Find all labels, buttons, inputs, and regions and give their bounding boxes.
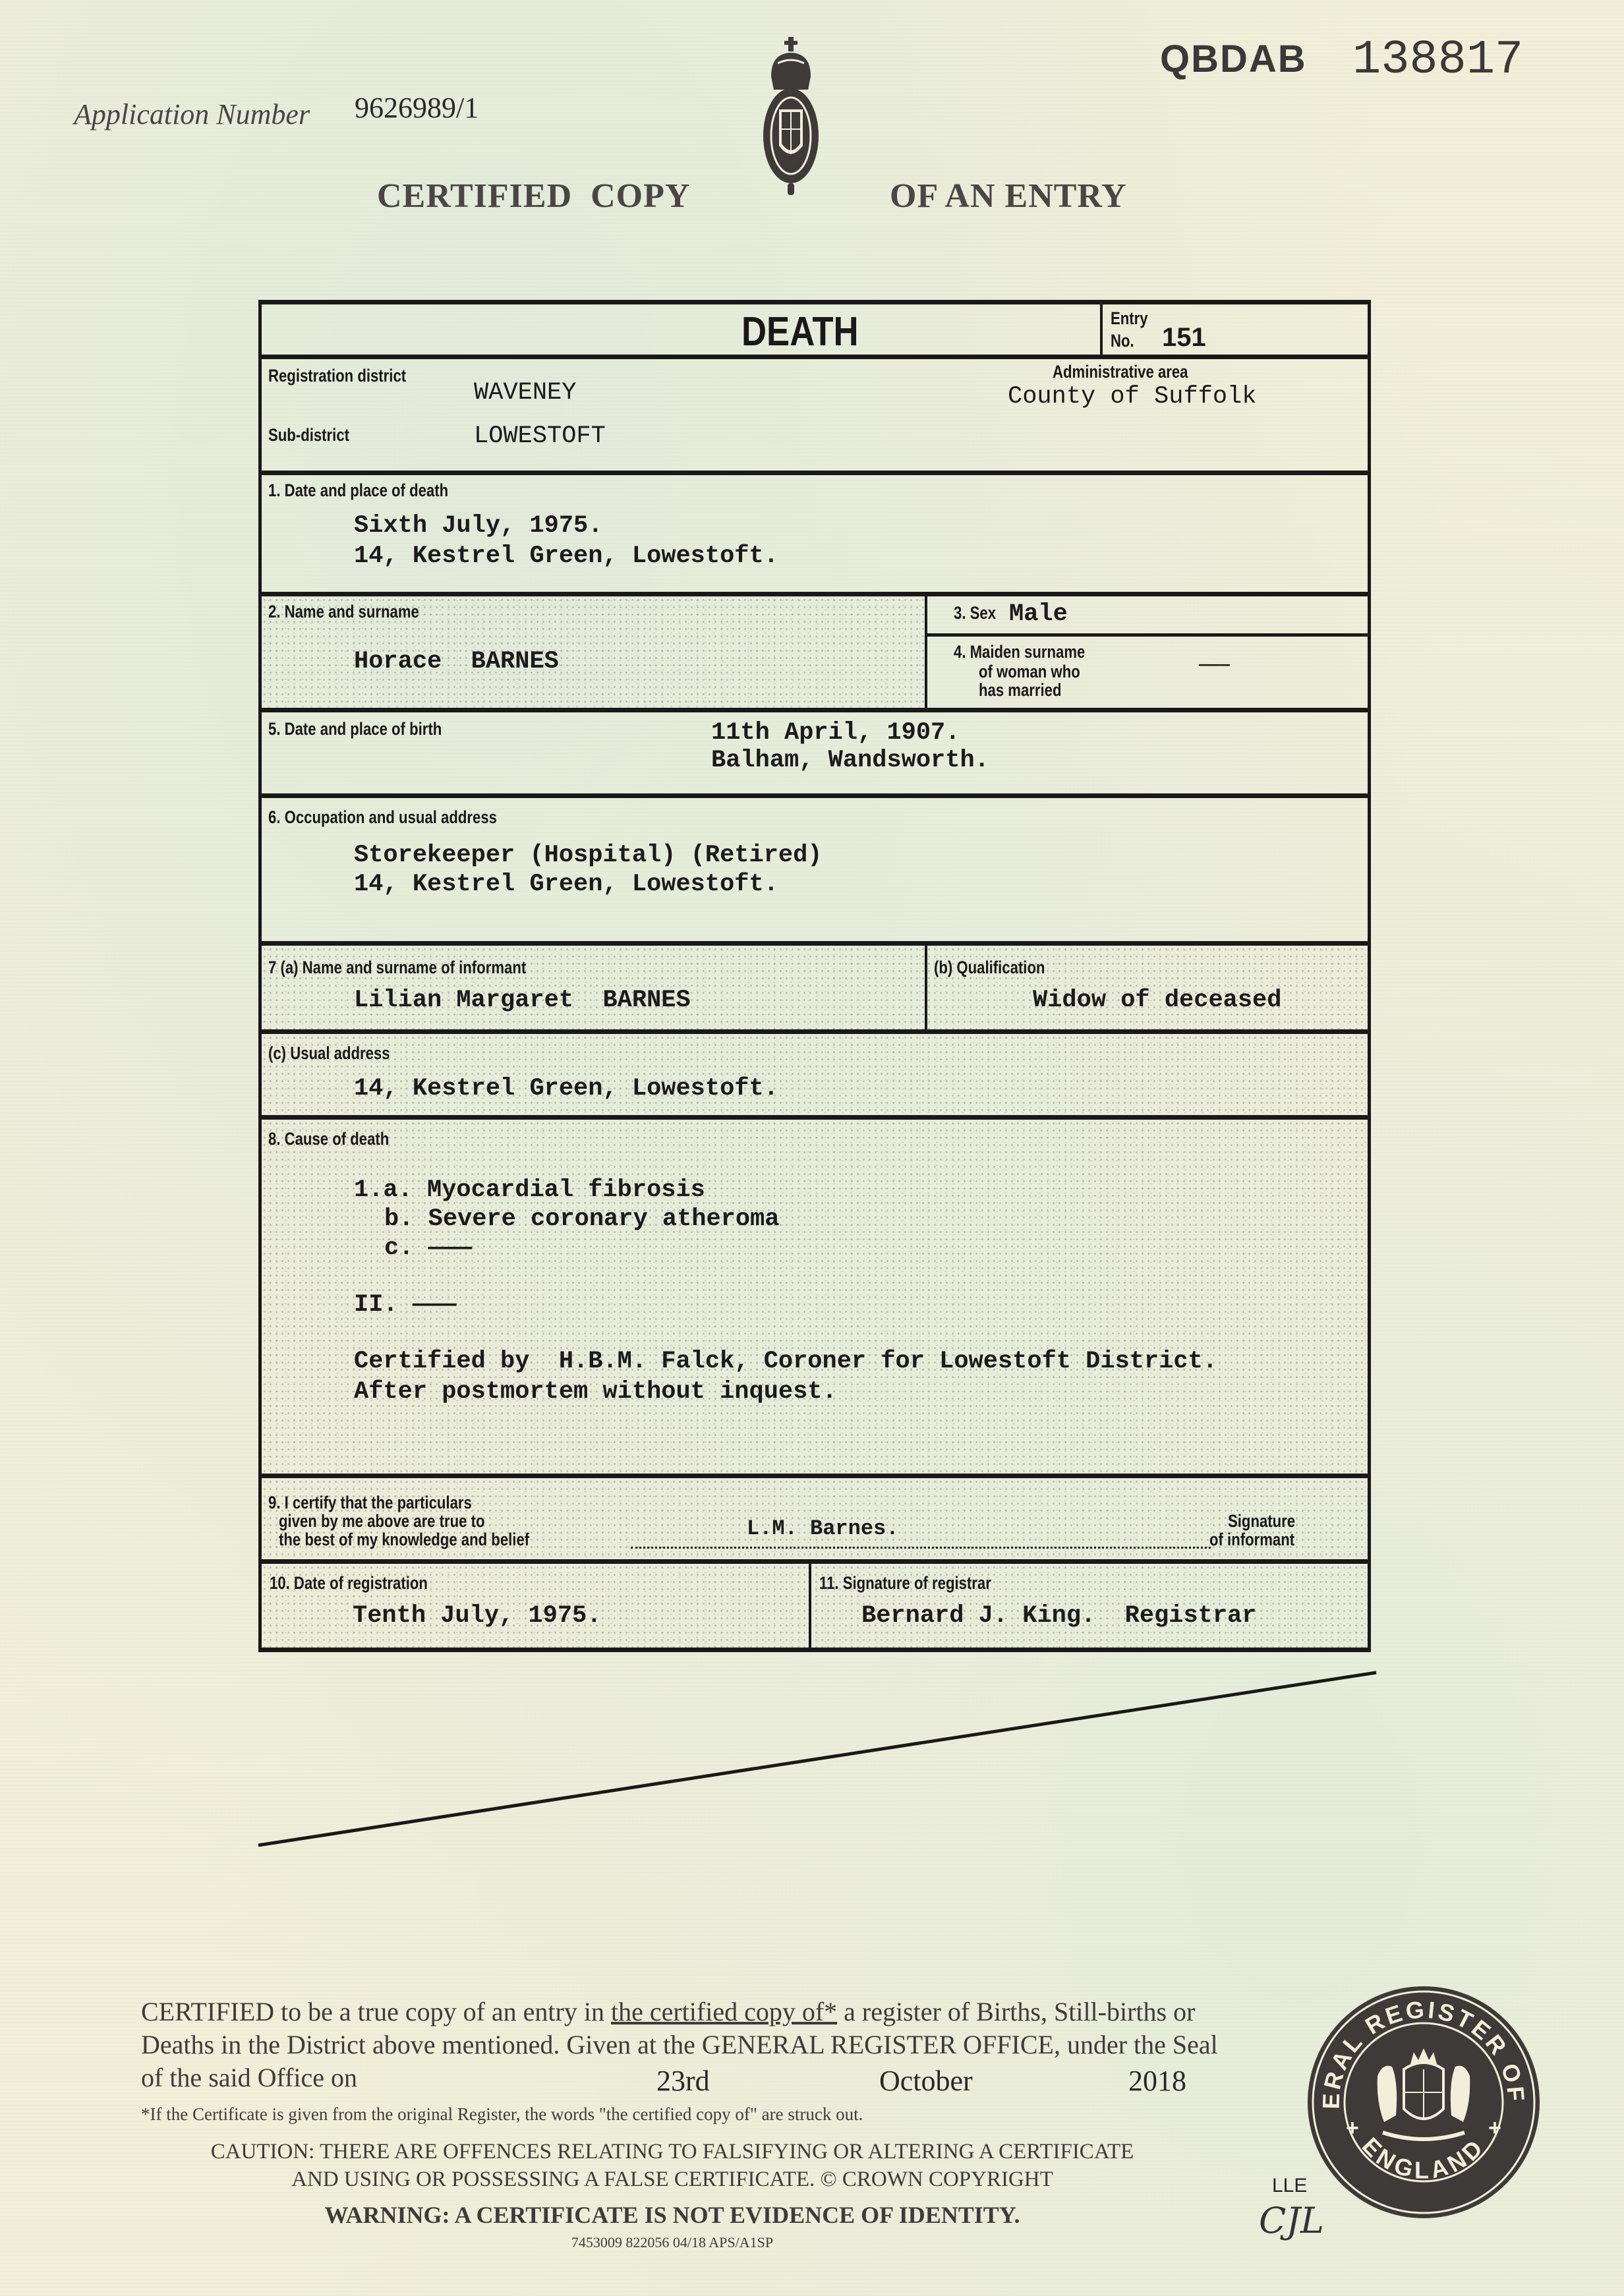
- field-1-row: 1. Date and place of death Sixth July, 1…: [258, 475, 1371, 596]
- signature-of-informant-label: Signature: [1228, 1511, 1295, 1532]
- entry-number-cell: Entry No. 151: [1100, 304, 1368, 355]
- date-place-of-death-label: 1. Date and place of death: [268, 480, 448, 501]
- entry-no-label: No.: [1111, 331, 1134, 351]
- signature-of-registrar-label: 11. Signature of registrar: [819, 1573, 991, 1593]
- occupation-address-label: 6. Occupation and usual address: [268, 807, 497, 828]
- death-entry-form: DEATH Entry No. 151 Registration distric…: [258, 300, 1371, 1652]
- issue-date-year: 2018: [1128, 2064, 1186, 2098]
- informant-declaration-label-2: given by me above are true to: [279, 1511, 485, 1532]
- svg-text:+: +: [1346, 2115, 1359, 2140]
- district-row: Registration district WAVENEY Administra…: [258, 359, 1371, 475]
- sub-district-label: Sub-district: [268, 425, 349, 445]
- sex-label: 3. Sex: [954, 603, 996, 623]
- maiden-surname-value: ———: [1199, 655, 1230, 675]
- field-7ab-row: 7 (a) Name and surname of informant Lili…: [258, 946, 1371, 1034]
- caution-line-2: AND USING OR POSSESSING A FALSE CERTIFIC…: [119, 2166, 1226, 2193]
- administrative-area-value: County of Suffolk: [1008, 383, 1256, 411]
- cause-of-death-label: 8. Cause of death: [268, 1129, 389, 1149]
- field-2-4-row: 2. Name and surname Horace BARNES 3. Sex…: [258, 596, 1371, 712]
- maiden-surname-cell: 4. Maiden surname of woman who has marri…: [927, 637, 1368, 708]
- field-10-11-row: 10. Date of registration Tenth July, 197…: [258, 1564, 1371, 1652]
- registrar-signature-value: Bernard J. King. Registrar: [861, 1602, 1257, 1630]
- date-of-registration-value: Tenth July, 1975.: [353, 1602, 601, 1630]
- name-surname-label: 2. Name and surname: [268, 602, 419, 622]
- identity-warning: WARNING: A CERTIFICATE IS NOT EVIDENCE O…: [119, 2201, 1226, 2229]
- certified-copy-title: CERTIFIED COPY: [377, 177, 690, 215]
- informant-name-value: Lilian Margaret BARNES: [354, 987, 691, 1014]
- informant-address-label: (c) Usual address: [268, 1043, 390, 1064]
- cause-1b-value: b. Severe coronary atheroma: [384, 1205, 780, 1233]
- certified-copy-underlined: the certified copy of*: [611, 1997, 837, 2026]
- signature-of-informant-label-2: of informant: [1209, 1530, 1294, 1550]
- registration-district-value: WAVENEY: [474, 379, 576, 407]
- name-surname-value: Horace BARNES: [354, 648, 559, 675]
- handwritten-initials: CJL: [1259, 2200, 1324, 2241]
- form-title-row: DEATH Entry No. 151: [258, 300, 1371, 359]
- certificate-serial-number: 138817: [1352, 33, 1523, 87]
- place-of-death-value: 14, Kestrel Green, Lowestoft.: [354, 542, 778, 570]
- administrative-area-label: Administrative area: [1053, 362, 1188, 382]
- place-of-birth-value: Balham, Wandsworth.: [711, 747, 989, 774]
- form-type-title: DEATH: [741, 308, 859, 355]
- svg-text:+: +: [1488, 2115, 1501, 2140]
- informant-declaration-label-3: the best of my knowledge and belief: [279, 1530, 529, 1550]
- blank-space-cancel-line: [257, 1667, 1377, 1852]
- entry-label: Entry: [1111, 308, 1148, 329]
- maiden-surname-label-2: of woman who: [979, 662, 1080, 682]
- of-an-entry-title: OF AN ENTRY: [890, 177, 1127, 215]
- date-of-registration-label: 10. Date of registration: [270, 1573, 428, 1593]
- print-code: 7453009 822056 04/18 APS/A1SP: [119, 2234, 1226, 2251]
- struck-out-note: *If the Certificate is given from the or…: [141, 2104, 863, 2125]
- maiden-surname-label: 4. Maiden surname: [954, 642, 1085, 662]
- field-5-row: 5. Date and place of birth 11th April, 1…: [258, 712, 1371, 798]
- date-of-birth-value: 11th April, 1907.: [711, 719, 960, 747]
- informant-signature-value: L.M. Barnes.: [747, 1516, 898, 1541]
- certified-by-value: Certified by H.B.M. Falck, Coroner for L…: [354, 1348, 1217, 1375]
- informant-declaration-label: 9. I certify that the particulars: [268, 1493, 472, 1513]
- cause-1a-value: 1.a. Myocardial fibrosis: [354, 1176, 705, 1204]
- issue-date-month: October: [879, 2064, 973, 2098]
- caution-line-1: CAUTION: THERE ARE OFFENCES RELATING TO …: [119, 2138, 1226, 2166]
- date-place-of-birth-label: 5. Date and place of birth: [268, 719, 442, 739]
- usual-address-value: 14, Kestrel Green, Lowestoft.: [354, 871, 778, 898]
- field-6-row: 6. Occupation and usual address Storekee…: [258, 798, 1371, 946]
- maiden-surname-label-3: has married: [979, 680, 1062, 701]
- issue-date-day: 23rd: [656, 2064, 710, 2098]
- informant-name-label: 7 (a) Name and surname of informant: [268, 958, 526, 978]
- certificate-serial-prefix: QBDAB: [1160, 37, 1307, 81]
- occupation-value: Storekeeper (Hospital) (Retired): [354, 842, 823, 869]
- cause-2-value: II. ———: [354, 1291, 456, 1319]
- application-number: 9626989/1: [355, 91, 478, 125]
- qualification-label: (b) Qualification: [934, 958, 1045, 978]
- application-number-label: Application Number: [74, 98, 310, 131]
- date-of-death-value: Sixth July, 1975.: [354, 512, 602, 540]
- sex-value: Male: [1009, 600, 1068, 628]
- postmortem-note-value: After postmortem without inquest.: [354, 1378, 837, 1406]
- certification-text-part1: CERTIFIED to be a true copy of an entry …: [141, 1997, 611, 2026]
- field-8-row: 8. Cause of death 1.a. Myocardial fibros…: [258, 1120, 1371, 1478]
- qualification-value: Widow of deceased: [1033, 987, 1281, 1014]
- cause-1c-value: c. ———: [384, 1234, 472, 1262]
- clerk-code: LLE: [1272, 2175, 1307, 2197]
- royal-crest-icon: [751, 37, 830, 195]
- field-9-row: 9. I certify that the particulars given …: [258, 1478, 1371, 1564]
- registration-district-label: Registration district: [268, 366, 406, 386]
- entry-number: 151: [1162, 323, 1206, 353]
- signature-line: [631, 1547, 1211, 1549]
- informant-address-value: 14, Kestrel Green, Lowestoft.: [354, 1075, 778, 1103]
- sex-cell: 3. Sex Male: [927, 596, 1368, 637]
- caution-notice: CAUTION: THERE ARE OFFENCES RELATING TO …: [119, 2138, 1226, 2193]
- field-7c-row: (c) Usual address 14, Kestrel Green, Low…: [258, 1034, 1371, 1120]
- general-register-office-seal-icon: GENERAL REGISTER OFFICE ENGLAND + +: [1305, 1984, 1542, 2221]
- sub-district-value: LOWESTOFT: [474, 422, 606, 450]
